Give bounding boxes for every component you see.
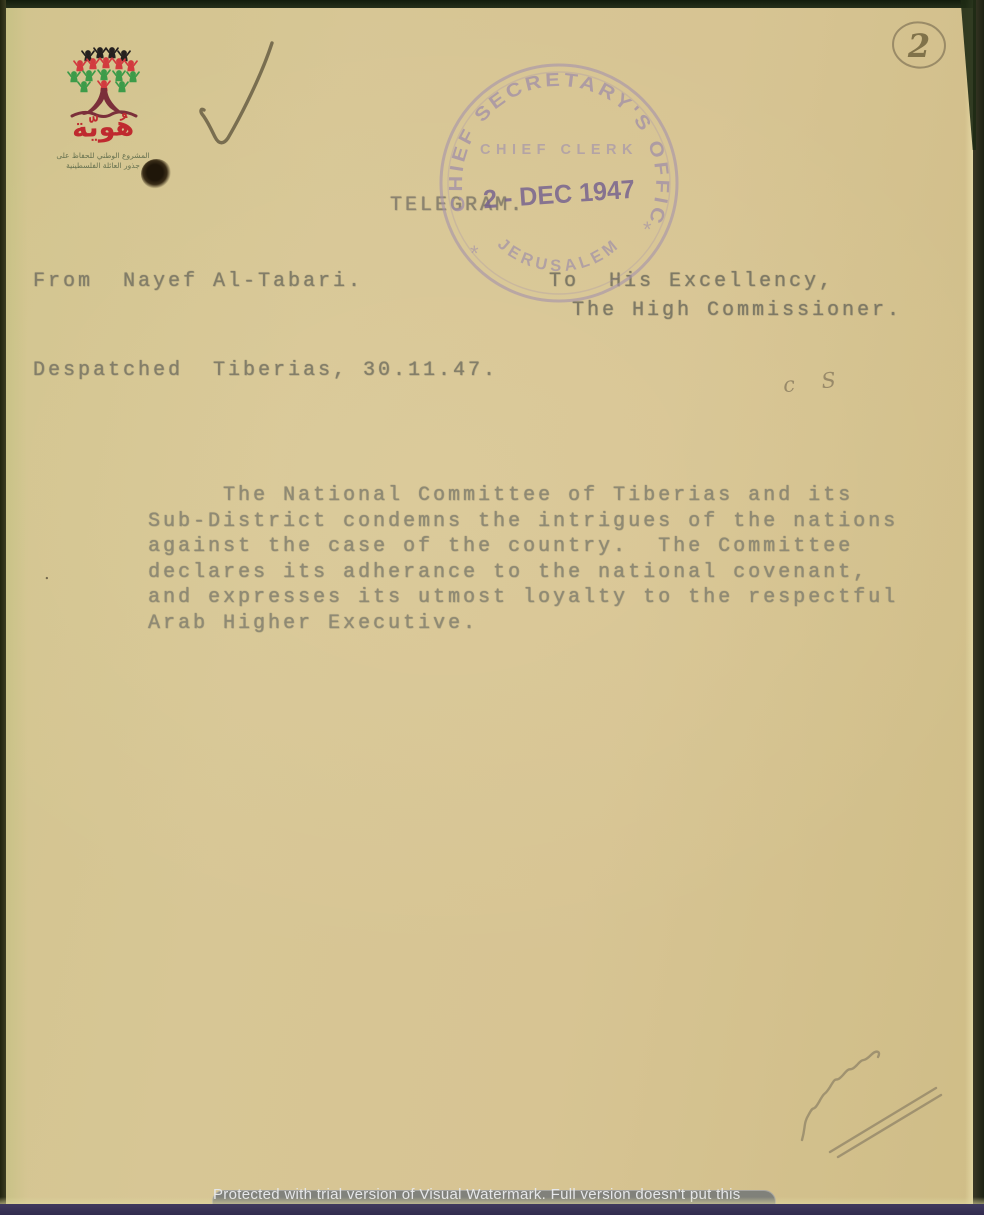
logo-subtitle-arabic: المشروع الوطني للحفاظ على جذور العائلة ا…: [50, 151, 156, 170]
page-number: 2: [907, 27, 930, 65]
stamp-star-left: *: [470, 241, 479, 266]
logo-subtitle-line-1: المشروع الوطني للحفاظ على: [50, 151, 156, 161]
stamp-star-right: *: [643, 217, 652, 242]
paper-edge-tint-left: [6, 0, 28, 1215]
office-stamp: CHIEF SECRETARY'S OFFICE JERUSALEM CHIEF…: [433, 55, 685, 313]
scan-edge-left: [0, 0, 6, 1215]
scan-edge-bottom: [0, 1204, 984, 1215]
logo-people-canopy: [68, 47, 139, 92]
logo-subtitle-line-2: جذور العائلة الفلسطينية: [50, 161, 156, 171]
signature-stroke: [802, 1052, 879, 1140]
signature-underline-1: [830, 1088, 936, 1152]
stamp-clerk-line: CHIEF CLERK: [480, 142, 638, 158]
stamp-date: 2 - DEC 1947: [482, 174, 636, 215]
telegram-body: The National Committee of Tiberias and i…: [148, 483, 898, 636]
checkmark-annotation: [190, 40, 295, 158]
punch-hole: [141, 159, 172, 189]
paper-edge-highlight-right: [965, 0, 973, 1215]
scan-edge-right: [973, 0, 984, 1215]
signature-underline-2: [838, 1095, 941, 1157]
despatched-line: Despatched Tiberias, 30.11.47.: [33, 359, 498, 382]
scan-edge-top: [0, 0, 984, 8]
paper-edge-highlight-bottom: [0, 1197, 984, 1204]
logo-title-arabic: هُويّة: [57, 110, 148, 144]
signature-annotation: [778, 1028, 973, 1163]
from-line: From Nayef Al-Tabari.: [33, 270, 363, 293]
page-number-circle: 2: [888, 18, 950, 74]
stray-dot-mark: .: [44, 563, 50, 584]
stamp-arc-bottom-text: JERUSALEM: [494, 235, 624, 275]
scanned-telegram-document: TELEGRAM. From Nayef Al-Tabari. To His E…: [0, 0, 984, 1215]
cs-pencil-note: c S: [782, 367, 847, 397]
checkmark-stroke: [201, 43, 272, 143]
